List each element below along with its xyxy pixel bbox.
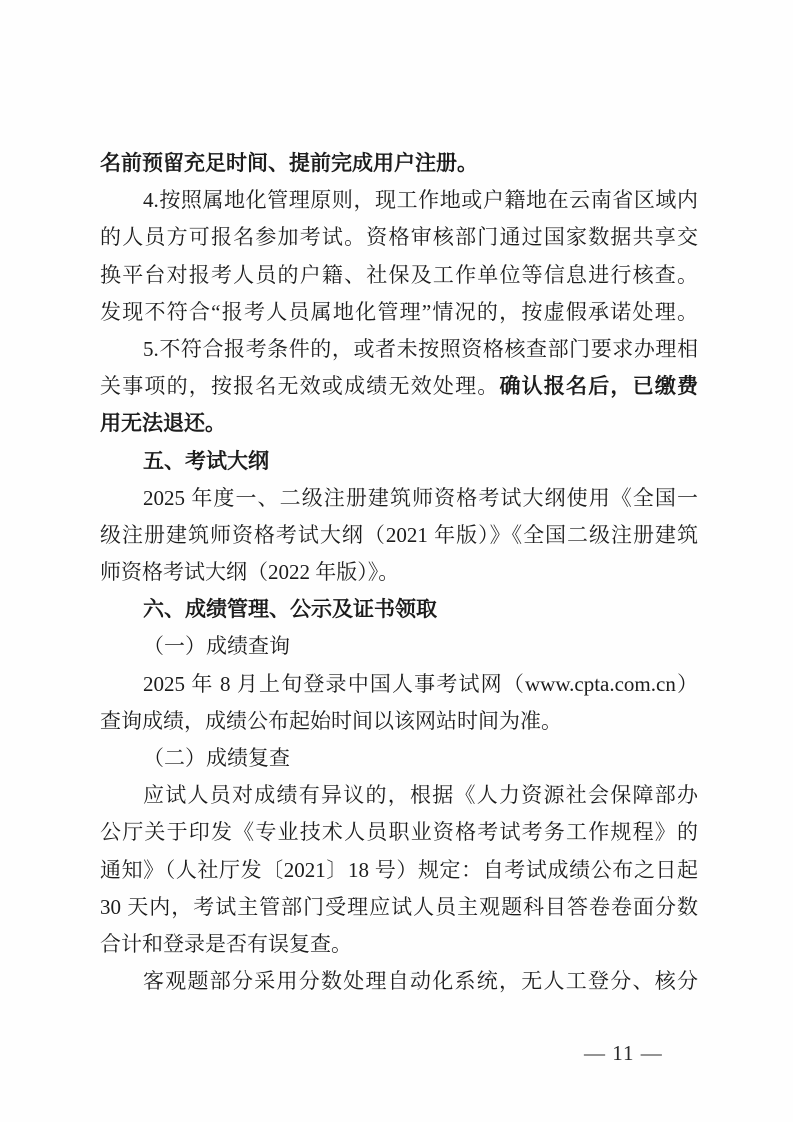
text-run-body: 合计和登录是否有误复查。: [100, 932, 352, 956]
text-run-hei: 五、考试大纲: [143, 450, 269, 473]
para-item5-line3-bold: 用无法退还。: [100, 405, 698, 442]
para-recheck-line2: 公厅关于印发《专业技术人员职业资格考试考务工作规程》的: [100, 814, 698, 851]
text-run-hei: 名前预留充足时间、提前完成用户注册。: [100, 152, 478, 175]
para-outline-line1: 2025 年度一、二级注册建筑师资格考试大纲使用《全国一: [100, 480, 698, 517]
text-run-body: 发现不符合“报考人员属地化管理”情况的，按虚假承诺处理。: [100, 300, 698, 324]
text-run-body: 级注册建筑师资格考试大纲（2021 年版）》《全国二级注册建筑: [100, 523, 698, 547]
subheading-score-recheck: （二）成绩复查: [100, 740, 698, 777]
text-run-hei: 六、成绩管理、公示及证书领取: [143, 598, 437, 621]
para-recheck-line1: 应试人员对成绩有异议的，根据《人力资源社会保障部办: [100, 777, 698, 814]
para-item4-line3: 换平台对报考人员的户籍、社保及工作单位等信息进行核查。: [100, 257, 698, 294]
subheading-score-query: （一）成绩查询: [100, 628, 698, 665]
heading-section5: 五、考试大纲: [100, 443, 698, 480]
text-run-kai: （一）成绩查询: [143, 634, 290, 658]
para-outline-line3: 师资格考试大纲（2022 年版）》。: [100, 554, 698, 591]
heading-section6: 六、成绩管理、公示及证书领取: [100, 591, 698, 628]
para-objective-line1: 客观题部分采用分数处理自动化系统，无人工登分、核分: [100, 963, 698, 1000]
text-run-body: 2025 年 8 月上旬登录中国人事考试网（www.cpta.com.cn）: [143, 672, 698, 696]
text-run-body: 30 天内，考试主管部门受理应试人员主观题科目答卷卷面分数: [100, 895, 698, 919]
para-recheck-line5: 合计和登录是否有误复查。: [100, 926, 698, 963]
para-item5-line2: 关事项的，按报名无效或成绩无效处理。确认报名后，已缴费: [100, 368, 698, 405]
para-recheck-line3: 通知》（人社厅发〔2021〕18 号）规定：自考试成绩公布之日起: [100, 852, 698, 889]
text-run-body: 4.按照属地化管理原则，现工作地或户籍地在云南省区域内: [143, 188, 698, 212]
text-run-kai: （二）成绩复查: [143, 746, 290, 770]
text-run-body: 通知》（人社厅发〔2021〕18 号）规定：自考试成绩公布之日起: [100, 858, 698, 882]
text-run-body: 应试人员对成绩有异议的，根据《人力资源社会保障部办: [143, 783, 698, 807]
para-recheck-line4: 30 天内，考试主管部门受理应试人员主观题科目答卷卷面分数: [100, 889, 698, 926]
page-number: — 11 —: [584, 1041, 663, 1066]
para-item4-line4: 发现不符合“报考人员属地化管理”情况的，按虚假承诺处理。: [100, 294, 698, 331]
text-run-body: 关事项的，按报名无效或成绩无效处理。: [100, 374, 499, 398]
text-run-hei: 用无法退还。: [100, 412, 226, 435]
para-item4-line2: 的人员方可报名参加考试。资格审核部门通过国家数据共享交: [100, 219, 698, 256]
text-run-hei: 确认报名后，已缴费: [499, 375, 698, 398]
document-page: 名前预留充足时间、提前完成用户注册。4.按照属地化管理原则，现工作地或户籍地在云…: [0, 0, 793, 1122]
text-run-body: 师资格考试大纲（2022 年版）》。: [100, 560, 399, 584]
para-query-line1: 2025 年 8 月上旬登录中国人事考试网（www.cpta.com.cn）: [100, 666, 698, 703]
line-user-registration-bold: 名前预留充足时间、提前完成用户注册。: [100, 145, 698, 182]
para-query-line2: 查询成绩，成绩公布起始时间以该网站时间为准。: [100, 703, 698, 740]
document-body: 名前预留充足时间、提前完成用户注册。4.按照属地化管理原则，现工作地或户籍地在云…: [100, 145, 698, 1000]
para-item4-line1: 4.按照属地化管理原则，现工作地或户籍地在云南省区域内: [100, 182, 698, 219]
para-item5-line1: 5.不符合报考条件的，或者未按照资格核查部门要求办理相: [100, 331, 698, 368]
text-run-body: 2025 年度一、二级注册建筑师资格考试大纲使用《全国一: [143, 486, 698, 510]
text-run-body: 5.不符合报考条件的，或者未按照资格核查部门要求办理相: [143, 337, 698, 361]
text-run-body: 公厅关于印发《专业技术人员职业资格考试考务工作规程》的: [100, 820, 698, 844]
text-run-body: 客观题部分采用分数处理自动化系统，无人工登分、核分: [143, 969, 698, 993]
text-run-body: 查询成绩，成绩公布起始时间以该网站时间为准。: [100, 709, 562, 733]
text-run-body: 的人员方可报名参加考试。资格审核部门通过国家数据共享交: [100, 225, 698, 249]
text-run-body: 换平台对报考人员的户籍、社保及工作单位等信息进行核查。: [100, 263, 698, 287]
para-outline-line2: 级注册建筑师资格考试大纲（2021 年版）》《全国二级注册建筑: [100, 517, 698, 554]
